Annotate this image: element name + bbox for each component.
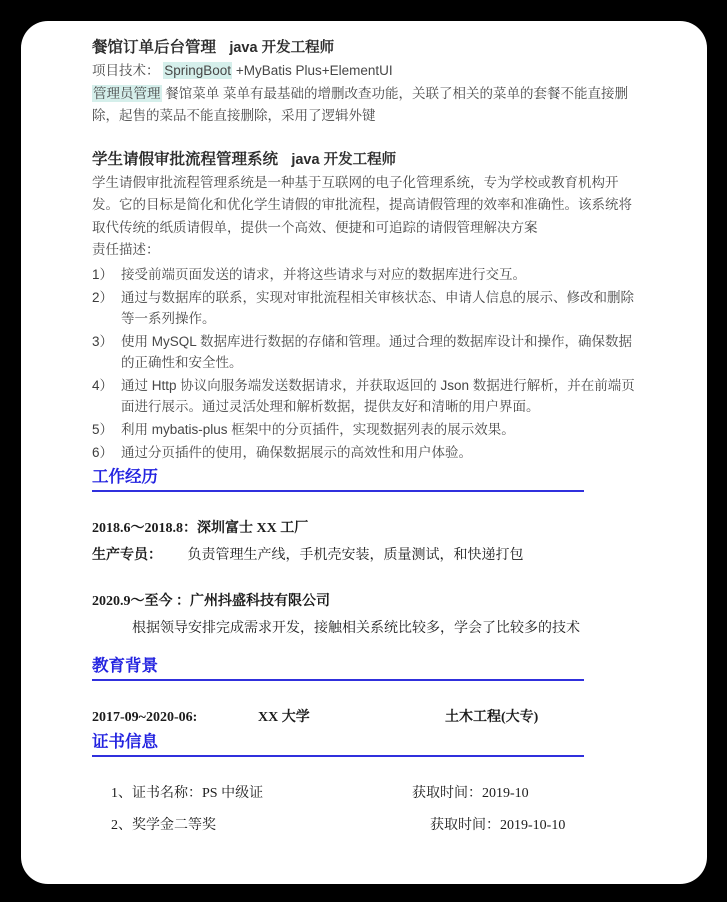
duty-text: 使用 MySQL 数据库进行数据的存储和管理。通过合理的数据库设计和操作，确保数… (121, 334, 632, 370)
tech-highlight: SpringBoot (163, 62, 232, 79)
project-description: 管理员管理 餐馆菜单 菜单有最基础的增删改查功能，关联了相关的菜单的套餐不能直接… (92, 83, 641, 128)
project-title-text: 餐馆订单后台管理 (92, 39, 216, 56)
duty-label: 责任描述： (92, 239, 641, 262)
certificate-number: 2、 (111, 818, 132, 833)
certificate-time: 获取时间：2019-10 (412, 783, 529, 805)
duty-number: 2） (92, 287, 121, 308)
description-highlight: 管理员管理 (92, 85, 162, 102)
project-tech-line: 项目技术： SpringBoot +MyBatis Plus+ElementUI (92, 60, 641, 83)
certificate-number: 1、 (111, 786, 132, 801)
duty-number: 1） (92, 264, 121, 285)
work-period-2: 2020.9～至今 ：广州抖盛科技有限公司 (92, 591, 641, 613)
project-role: java 开发工程师 (291, 152, 396, 168)
tech-label: 项目技术： (92, 63, 160, 78)
duty-number: 4） (92, 375, 121, 396)
duty-item: 1）接受前端页面发送的请求，并将这些请求与对应的数据库进行交互。 (92, 264, 641, 285)
work-detail-text: 负责管理生产线，手机壳安装，质量测试，和快递打包 (188, 548, 524, 563)
duty-number: 6） (92, 442, 121, 463)
project-description: 学生请假审批流程管理系统是一种基于互联网的电子化管理系统，专为学校或教育机构开发… (92, 172, 641, 240)
duty-number: 3） (92, 331, 121, 352)
resume-page: 餐馆订单后台管理 java 开发工程师 项目技术： SpringBoot +My… (21, 21, 707, 884)
education-school: XX 大学 (258, 707, 445, 729)
project-role: java 开发工程师 (229, 40, 334, 56)
work-period-1: 2018.6～2018.8：深圳富士 XX 工厂 (92, 518, 641, 540)
certificate-name: 证书名称：PS 中级证 (132, 786, 263, 801)
duty-item: 5）利用 mybatis-plus 框架中的分页插件，实现数据列表的展示效果。 (92, 419, 641, 440)
project-leave-system: 学生请假审批流程管理系统 java 开发工程师 学生请假审批流程管理系统是一种基… (92, 148, 641, 463)
tech-rest: +MyBatis Plus+ElementUI (236, 63, 393, 78)
certificate-time: 获取时间：2019-10-10 (430, 815, 565, 837)
education-row: 2017-09~2020-06: XX 大学 土木工程(大专) (92, 707, 641, 729)
duty-item: 4）通过 Http 协议向服务端发送数据请求，并获取返回的 Json 数据进行解… (92, 375, 641, 417)
description-rest: 餐馆菜单 菜单有最基础的增删改查功能，关联了相关的菜单的套餐不能直接删除，起售的… (92, 86, 628, 124)
certificate-row: 1、证书名称：PS 中级证 获取时间：2019-10 (92, 783, 641, 805)
work-entry-2-detail: 根据领导安排完成需求开发，接触相关系统比较多，学会了比较多的技术 (92, 618, 641, 640)
duty-item: 2）通过与数据库的联系，实现对审批流程相关审核状态、申请人信息的展示、修改和删除… (92, 287, 641, 329)
duty-text: 通过与数据库的联系，实现对审批流程相关审核状态、申请人信息的展示、修改和删除等一… (121, 290, 634, 326)
duty-item: 3）使用 MySQL 数据库进行数据的存储和管理。通过合理的数据库设计和操作，确… (92, 331, 641, 373)
duty-text: 通过 Http 协议向服务端发送数据请求，并获取返回的 Json 数据进行解析，… (121, 378, 635, 414)
duty-text: 利用 mybatis-plus 框架中的分页插件，实现数据列表的展示效果。 (121, 422, 515, 437)
certificate-name: 奖学金二等奖 (132, 818, 216, 833)
duty-list: 1）接受前端页面发送的请求，并将这些请求与对应的数据库进行交互。 2）通过与数据… (92, 264, 641, 463)
education-period: 2017-09~2020-06: (92, 707, 258, 729)
project-title: 学生请假审批流程管理系统 java 开发工程师 (92, 148, 641, 172)
section-header-work: 工作经历 (92, 467, 584, 492)
project-title-text: 学生请假审批流程管理系统 (92, 151, 278, 168)
certificate-row: 2、奖学金二等奖 获取时间：2019-10-10 (92, 815, 641, 837)
section-header-certificates: 证书信息 (92, 732, 584, 757)
work-role-label: 生产专员： (92, 548, 162, 563)
duty-number: 5） (92, 419, 121, 440)
section-header-education: 教育背景 (92, 656, 584, 681)
education-major: 土木工程(大专) (445, 707, 538, 729)
duty-text: 接受前端页面发送的请求，并将这些请求与对应的数据库进行交互。 (121, 267, 526, 282)
resume-content: 餐馆订单后台管理 java 开发工程师 项目技术： SpringBoot +My… (21, 21, 707, 837)
project-restaurant: 餐馆订单后台管理 java 开发工程师 项目技术： SpringBoot +My… (92, 36, 641, 128)
duty-text: 通过分页插件的使用，确保数据展示的高效性和用户体验。 (121, 445, 472, 460)
project-title: 餐馆订单后台管理 java 开发工程师 (92, 36, 641, 60)
duty-item: 6）通过分页插件的使用，确保数据展示的高效性和用户体验。 (92, 442, 641, 463)
work-entry-1-detail: 生产专员： 负责管理生产线，手机壳安装，质量测试，和快递打包 (92, 545, 641, 567)
